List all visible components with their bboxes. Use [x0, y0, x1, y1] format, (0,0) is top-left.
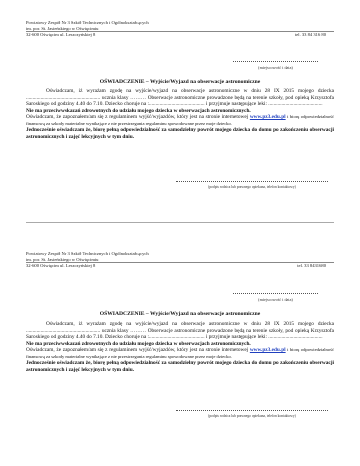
responsibility-statement: Jednocześnie oświadczam że, biorę pełną …: [26, 360, 334, 373]
place-date-line: [233, 293, 318, 295]
place-date-label: (miejscowość i data): [233, 297, 318, 302]
consent-paragraph: Oświadczam, iż wyrażam zgodę na wyjście/…: [26, 321, 334, 341]
school-address: 32-600 Oświęcim ul. Leszczyńskiej 8: [26, 263, 95, 269]
regulations-text-before: Oświadczam, że zapoznałem/am się z regul…: [26, 347, 250, 353]
signature-label: (podpis rodzica lub prawnego opiekuna, t…: [176, 414, 328, 418]
declaration-body: Oświadczam, iż wyrażam zgodę na wyjście/…: [26, 321, 334, 373]
regulations-paragraph: Oświadczam, że zapoznałem/am się z regul…: [26, 347, 334, 360]
school-phone: tel. 33 8431680: [297, 263, 326, 269]
letterhead: Powiatowy Zespół Nr 3 Szkół Technicznych…: [26, 251, 334, 269]
declaration-title: OŚWIADCZENIE – Wyjście/Wyjazd na obserwa…: [26, 311, 334, 317]
signature-field: (podpis rodzica lub prawnego opiekuna, t…: [176, 410, 328, 418]
school-patron: im. por. St. Jasieńskiego w Oświęcimiu: [26, 257, 334, 264]
document-page: Powiatowy Zespół Nr 3 Szkół Technicznych…: [0, 0, 360, 466]
declaration-copy-2: Powiatowy Zespół Nr 3 Szkół Technicznych…: [26, 0, 334, 466]
address-row: 32-600 Oświęcim ul. Leszczyńskiej 8 tel.…: [26, 263, 334, 269]
place-date-field: (miejscowość i data): [233, 293, 318, 302]
signature-line: [176, 410, 328, 412]
school-website-link[interactable]: www.pz3.edu.pl: [250, 347, 286, 353]
